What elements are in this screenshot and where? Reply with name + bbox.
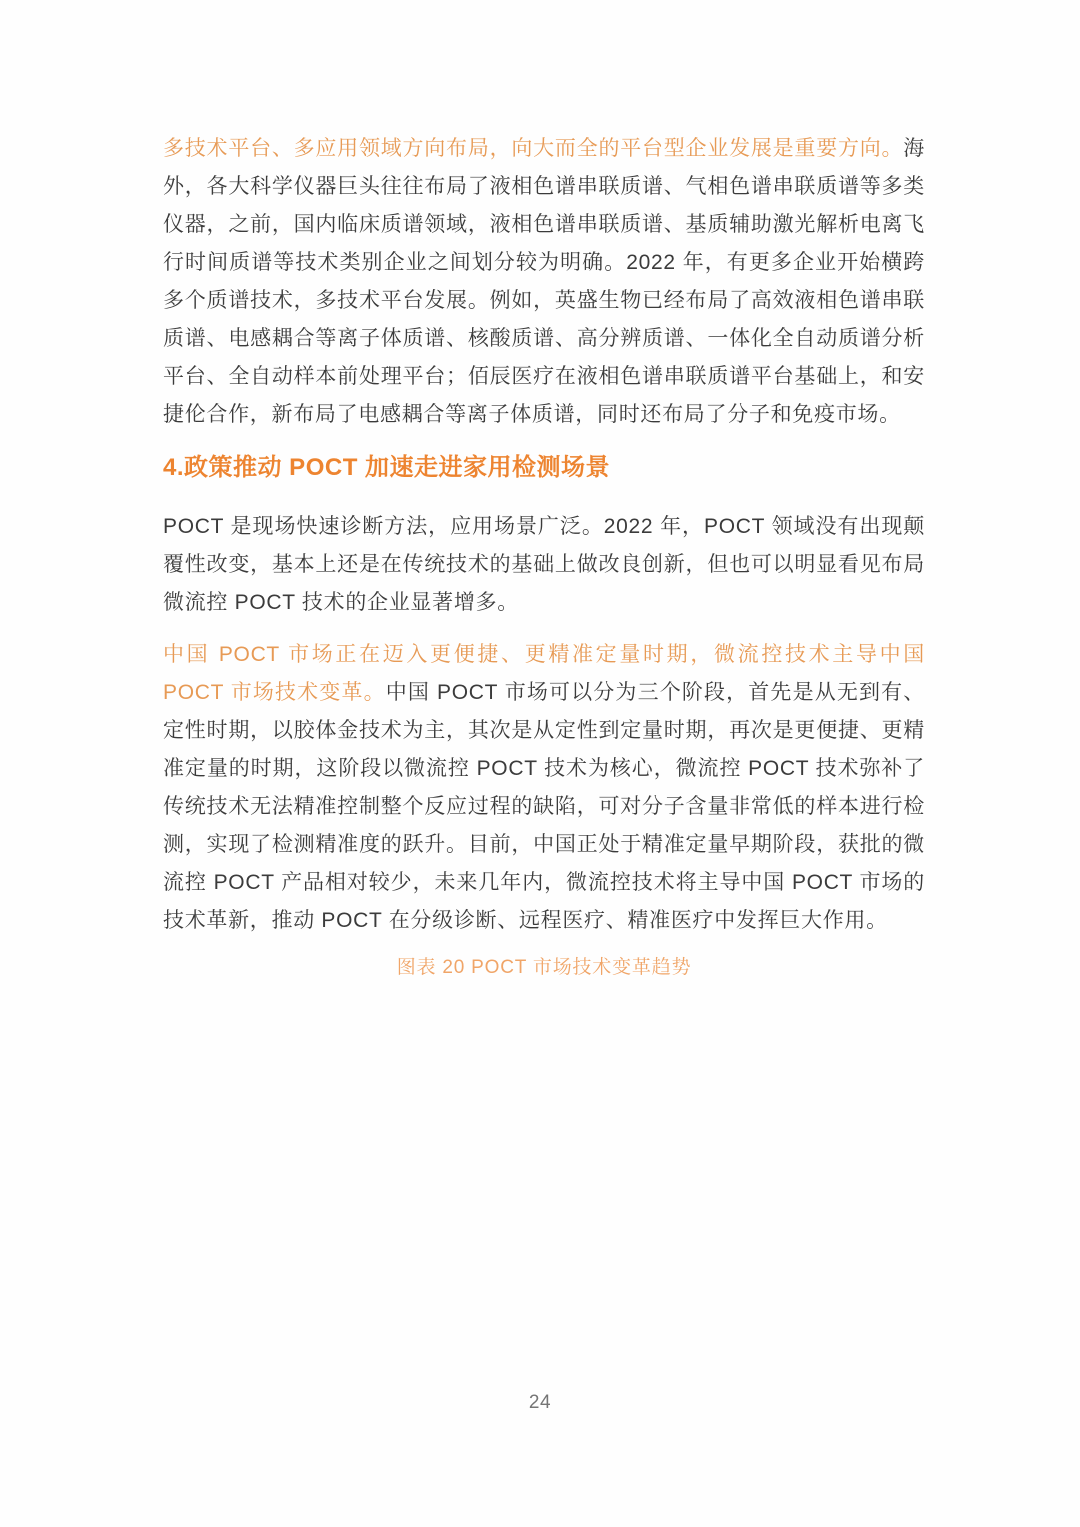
page-content: 多技术平台、多应用领域方向布局，向大而全的平台型企业发展是重要方向。海外，各大科… (163, 130, 925, 1382)
paragraph-3-body-text: 中国 POCT 市场可以分为三个阶段，首先是从无到有、定性时期，以胶体金技术为主… (163, 681, 925, 932)
paragraph-1-body-text: 海外，各大科学仪器巨头往往布局了液相色谱串联质谱、气相色谱串联质谱等多类仪器，之… (163, 137, 925, 426)
paragraph-mass-spec-platforms: 多技术平台、多应用领域方向布局，向大而全的平台型企业发展是重要方向。海外，各大科… (163, 130, 925, 434)
paragraph-1-highlight-sentence: 多技术平台、多应用领域方向布局，向大而全的平台型企业发展是重要方向。 (163, 137, 903, 160)
figure-caption: 图表 20 POCT 市场技术变革趋势 (163, 954, 925, 982)
figure-blank-area (163, 982, 925, 1382)
page-number: 24 (0, 1392, 1080, 1414)
section-heading-poct-policy: 4.政策推动 POCT 加速走进家用检测场景 (163, 452, 925, 484)
paragraph-poct-market-stages: 中国 POCT 市场正在迈入更便捷、更精准定量时期，微流控技术主导中国 POCT… (163, 636, 925, 940)
paragraph-poct-overview: POCT 是现场快速诊断方法，应用场景广泛。2022 年，POCT 领域没有出现… (163, 508, 925, 622)
document-page: 多技术平台、多应用领域方向布局，向大而全的平台型企业发展是重要方向。海外，各大科… (0, 0, 1080, 1527)
